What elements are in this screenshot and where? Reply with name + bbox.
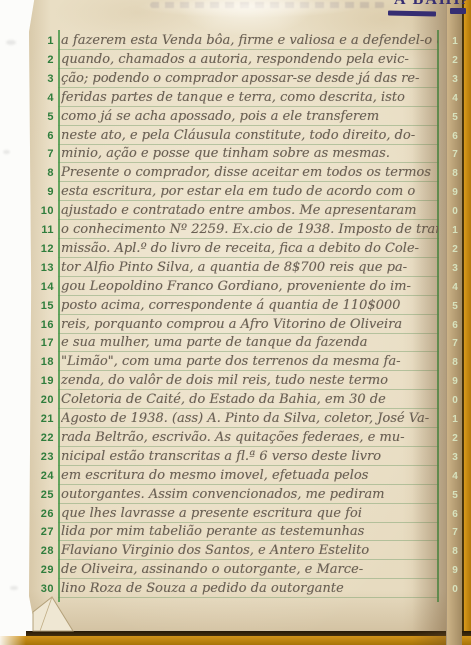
curl-line-number: 6 (449, 509, 461, 520)
line-number: 11 (28, 224, 54, 236)
manuscript-line: como já se acha apossado, pois a ele tra… (61, 108, 438, 126)
line-number: 23 (28, 451, 54, 463)
line-number: 2 (28, 54, 54, 66)
scanner-smudge (6, 40, 16, 45)
line-number: 20 (28, 394, 54, 406)
line-number: 21 (28, 413, 54, 425)
line-number: 15 (28, 300, 54, 312)
line-number: 12 (28, 243, 54, 255)
folded-corner (30, 594, 82, 634)
curl-line-number: 3 (449, 452, 461, 463)
book-cover-edge-bottom (0, 636, 471, 645)
manuscript-line: "Limão", com uma parte dos terrenos da m… (61, 353, 438, 371)
line-number: 8 (28, 167, 54, 179)
curl-line-number: 7 (449, 149, 461, 160)
book-cover-edge-right (464, 0, 471, 645)
line-number: 5 (28, 111, 54, 123)
manuscript-line: lino Roza de Souza a pedido da outorgant… (61, 580, 438, 598)
cropped-ink-stamp: A BAHIA (388, 0, 466, 18)
line-number: 14 (28, 281, 54, 293)
line-number: 26 (28, 508, 54, 520)
manuscript-line: Agosto de 1938. (ass) A. Pinto da Silva,… (61, 410, 438, 428)
curl-line-number: 8 (449, 168, 461, 179)
line-number: 13 (28, 262, 54, 274)
curl-line-number: 0 (449, 584, 461, 595)
curl-line-number: 2 (449, 433, 461, 444)
curl-line-number: 7 (449, 338, 461, 349)
manuscript-line: nicipal estão transcritas a fl.ª 6 verso… (61, 448, 438, 466)
line-number: 22 (28, 432, 54, 444)
curl-line-number: 1 (449, 414, 461, 425)
line-number: 18 (28, 356, 54, 368)
line-number: 1 (28, 35, 54, 47)
curl-line-number: 9 (449, 565, 461, 576)
manuscript-line: outorgantes. Assim convencionados, me pe… (61, 486, 438, 504)
manuscript-line: esta escritura, por estar ela em tudo de… (61, 183, 438, 201)
manuscript-line: reis, porquanto comprou a Afro Vitorino … (61, 316, 438, 334)
curl-line-number: 9 (449, 376, 461, 387)
curl-line-number: 2 (449, 55, 461, 66)
manuscript-line: Presente o comprador, disse aceitar em t… (61, 164, 438, 182)
line-number: 17 (28, 337, 54, 349)
curl-line-number: 0 (449, 206, 461, 217)
line-number: 3 (28, 73, 54, 85)
line-number: 28 (28, 545, 54, 557)
curl-line-number: 6 (449, 320, 461, 331)
line-number: 4 (28, 92, 54, 104)
manuscript-line: o conhecimento Nº 2259. Ex.cio de 1938. … (61, 221, 438, 239)
line-number: 10 (28, 205, 54, 217)
curl-line-number: 5 (449, 301, 461, 312)
curl-line-number: 3 (449, 74, 461, 85)
manuscript-line: lida por mim tabelião perante as testemu… (61, 523, 438, 541)
manuscript-line: de Oliveira, assinando o outorgante, e M… (61, 561, 438, 579)
manuscript-line: tor Alfio Pinto Silva, a quantia de 8$70… (61, 259, 438, 277)
scanner-smudge (10, 586, 18, 590)
manuscript-line: posto acima, correspondente á quantia de… (61, 297, 438, 315)
manuscript-line: Coletoria de Caité, do Estado da Bahia, … (61, 391, 438, 409)
manuscript-line: zenda, do valôr de dois mil reis, tudo n… (61, 372, 438, 390)
scanner-smudge (3, 150, 10, 154)
scanned-document-page: 1a fazerem esta Venda bôa, firme e valio… (0, 0, 471, 645)
line-number: 19 (28, 375, 54, 387)
curl-line-number: 1 (449, 225, 461, 236)
curl-line-number: 5 (449, 490, 461, 501)
curl-line-number: 2 (449, 244, 461, 255)
curl-line-number: 4 (449, 282, 461, 293)
curl-line-number: 1 (449, 36, 461, 47)
manuscript-line: em escritura do mesmo imovel, efetuada p… (61, 467, 438, 485)
stamp-ink-blob (450, 8, 466, 14)
manuscript-line: Flaviano Virginio dos Santos, e Antero E… (61, 542, 438, 560)
curl-line-number: 4 (449, 93, 461, 104)
manuscript-line: rada Beltrão, escrivão. As quitações fed… (61, 429, 438, 447)
curl-line-number: 3 (449, 263, 461, 274)
line-number: 16 (28, 319, 54, 331)
manuscript-line: e sua mulher, uma parte de tanque da faz… (61, 334, 438, 352)
manuscript-line: quando, chamados a autoria, respondendo … (61, 51, 438, 69)
line-number: 7 (28, 148, 54, 160)
manuscript-line: que lhes lavrasse a presente escritura q… (61, 505, 438, 523)
curl-line-number: 7 (449, 527, 461, 538)
stamp-border-fragment (388, 10, 436, 16)
manuscript-line: ção; podendo o comprador apossar-se desd… (61, 70, 438, 88)
line-number: 9 (28, 186, 54, 198)
left-margin-rule (58, 30, 60, 602)
line-number: 25 (28, 489, 54, 501)
manuscript-line: feridas partes de tanque e terra, como d… (61, 89, 438, 107)
manuscript-line: missão. Apl.º do livro de receita, fica … (61, 240, 438, 258)
manuscript-line: a fazerem esta Venda bôa, firme e valios… (61, 32, 438, 50)
curl-line-number: 0 (449, 395, 461, 406)
curl-line-number: 9 (449, 187, 461, 198)
curl-line-number: 6 (449, 131, 461, 142)
line-number: 24 (28, 470, 54, 482)
line-number: 6 (28, 130, 54, 142)
line-number: 29 (28, 564, 54, 576)
paper-stain (120, 0, 380, 22)
curl-line-number: 4 (449, 471, 461, 482)
manuscript-line: minio, ação e posse que tinham sobre as … (61, 145, 438, 163)
curl-line-number: 5 (449, 112, 461, 123)
line-number: 27 (28, 526, 54, 538)
manuscript-line: neste ato, e pela Cláusula constitute, t… (61, 127, 438, 145)
curl-line-number: 8 (449, 546, 461, 557)
manuscript-line: ajustado e contratado entre ambos. Me ap… (61, 202, 438, 220)
curl-line-number: 8 (449, 357, 461, 368)
manuscript-line: gou Leopoldino Franco Gordiano, provenie… (61, 278, 438, 296)
